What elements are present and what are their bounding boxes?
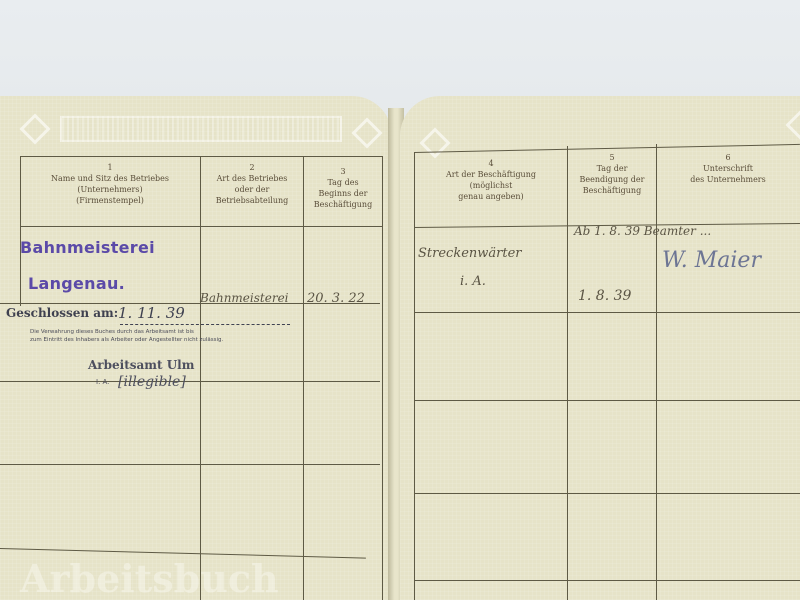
employer-stamp-line1: Bahnmeisterei — [20, 238, 155, 257]
labour-office: Arbeitsamt Ulm — [88, 358, 194, 372]
closure-date: 1. 11. 39 — [118, 304, 185, 322]
watermark-text: Arbeitsbuch — [20, 556, 279, 600]
closure-notice: Die Verwahrung dieses Buches durch das A… — [30, 328, 290, 344]
closure-label: Geschlossen am: — [6, 306, 118, 320]
right-page: 4 Art der Beschäftigung (möglichst genau… — [400, 96, 800, 600]
open-work-record-book: Arbeitsbuch 1 Name und Sitz des Betriebe… — [0, 96, 800, 600]
left-page: Arbeitsbuch 1 Name und Sitz des Betriebe… — [0, 96, 392, 600]
column-header-3: 3 Tag des Beginns der Beschäftigung — [305, 166, 381, 210]
closure-date-line — [120, 324, 290, 325]
department-entry: Bahnmeisterei — [200, 291, 289, 305]
signature-prefix: I. A. — [96, 378, 109, 386]
column-header-2: 2 Art des Betriebes oder der Betriebsabt… — [203, 162, 301, 206]
end-date-entry: 1. 8. 39 — [578, 288, 631, 304]
column-header-1: 1 Name und Sitz des Betriebes (Unternehm… — [24, 162, 196, 206]
decorative-border-motif — [785, 109, 800, 140]
column-header-6: 6 Unterschrift des Unternehmers — [660, 152, 796, 185]
occupation-entry: Streckenwärter — [418, 246, 522, 261]
decorative-header-band — [60, 116, 342, 142]
official-signature: [illegible] — [118, 374, 186, 390]
start-date-entry: 20. 3. 22 — [307, 291, 365, 306]
column-header-4: 4 Art der Beschäftigung (möglichst genau… — [418, 158, 564, 202]
occupation-note: i. A. — [460, 274, 486, 289]
employer-signature: W. Maier — [662, 248, 761, 273]
column-header-5: 5 Tag der Beendigung der Beschäftigung — [570, 152, 654, 196]
decorative-border-motif — [419, 127, 450, 158]
decorative-border-motif — [19, 113, 50, 144]
employer-stamp-line2: Langenau. — [28, 274, 125, 293]
end-note: Ab 1. 8. 39 Beamter ... — [574, 224, 711, 238]
decorative-border-motif — [351, 117, 382, 148]
